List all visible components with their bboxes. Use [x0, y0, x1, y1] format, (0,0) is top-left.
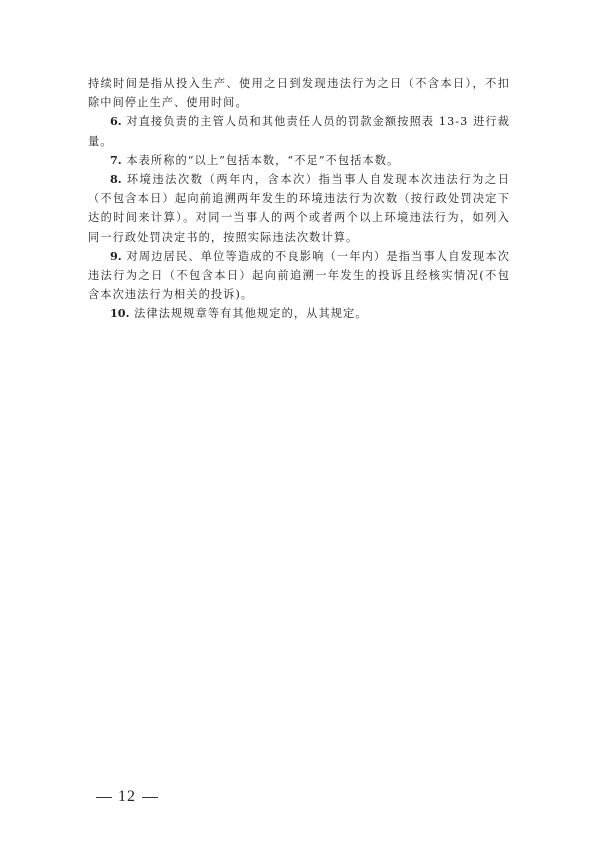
paragraph-item-7: 7. 本表所称的“以上”包括本数，“不足”不包括本数。 — [88, 151, 510, 170]
item-number: 7. — [110, 153, 122, 167]
dash-right — [142, 797, 158, 798]
paragraph-item-9: 9. 对周边居民、单位等造成的不良影响（一年内）是指当事人自发现本次违法行为之日… — [88, 247, 510, 305]
item-number: 9. — [110, 249, 122, 263]
paragraph-item-8: 8. 环境违法次数（两年内，含本次）指当事人自发现本次违法行为之日（不包含本日）… — [88, 170, 510, 247]
page-footer: 12 — [90, 788, 164, 806]
paragraph-text: 持续时间是指从投入生产、使用之日到发现违法行为之日（不含本日），不扣除中间停止生… — [88, 77, 510, 109]
dash-left — [96, 797, 112, 798]
paragraph-item-6: 6. 对直接负责的主管人员和其他责任人员的罚款金额按照表 13-3 进行裁量。 — [88, 112, 510, 150]
page-number: 12 — [118, 788, 136, 805]
item-number: 6. — [110, 114, 122, 128]
paragraph-text: 对直接负责的主管人员和其他责任人员的罚款金额按照表 13-3 进行裁量。 — [88, 115, 510, 147]
paragraph-item-10: 10. 法律法规规章等有其他规定的，从其规定。 — [88, 304, 510, 323]
paragraph-text: 对周边居民、单位等造成的不良影响（一年内）是指当事人自发现本次违法行为之日（不包… — [88, 250, 510, 301]
document-body: 持续时间是指从投入生产、使用之日到发现违法行为之日（不含本日），不扣除中间停止生… — [88, 74, 510, 324]
paragraph-text: 法律法规规章等有其他规定的，从其规定。 — [134, 307, 367, 320]
paragraph-continuation: 持续时间是指从投入生产、使用之日到发现违法行为之日（不含本日），不扣除中间停止生… — [88, 74, 510, 112]
item-number: 8. — [110, 172, 122, 186]
item-number: 10. — [110, 306, 129, 320]
paragraph-text: 环境违法次数（两年内，含本次）指当事人自发现本次违法行为之日（不包含本日）起向前… — [88, 173, 510, 244]
paragraph-text: 本表所称的“以上”包括本数，“不足”不包括本数。 — [126, 154, 399, 167]
document-page: 持续时间是指从投入生产、使用之日到发现违法行为之日（不含本日），不扣除中间停止生… — [0, 0, 600, 848]
